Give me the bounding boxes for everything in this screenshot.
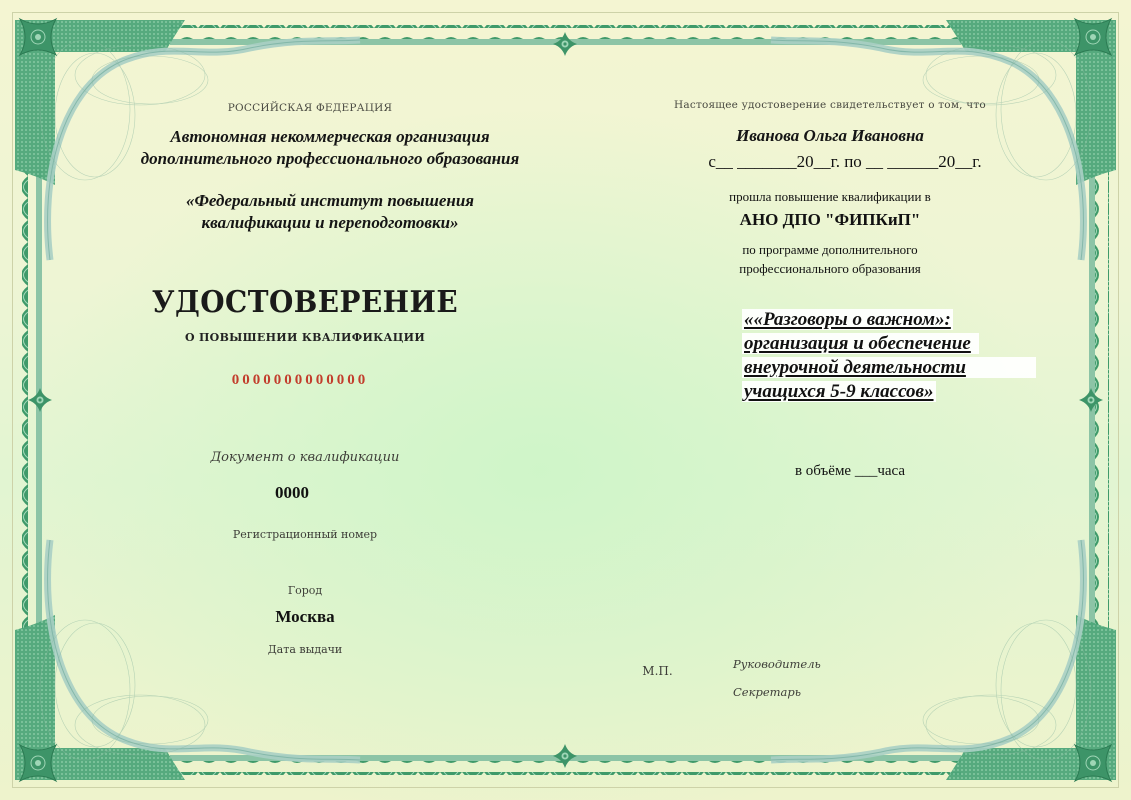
secretary-signature-label: Секретарь [733,685,823,699]
completed-training-text: прошла повышение квалификации в [680,189,980,205]
program-title: ««Разговоры о важном»: организация и обе… [742,308,1062,404]
director-signature-label: Руководитель [733,657,823,671]
program-title-line-3: внеурочной деятельности [742,357,1036,378]
certificate-subtitle: О ПОВЫШЕНИИ КВАЛИФИКАЦИИ [150,331,460,344]
qualification-document-label: Документ о квалификации [155,450,455,465]
city-value: Москва [225,607,385,627]
serial-number: 0000000000000 [150,372,450,389]
program-title-line-4: учащихся 5-9 классов» [742,381,936,402]
certificate-title: УДОСТОВЕРЕНИЕ [142,285,468,320]
program-title-line-2: организация и обеспечение [742,333,979,354]
institution-short-name: АНО ДПО "ФИПКиП" [680,210,980,230]
institute-name-line-1: «Федеральный институт повышения [80,190,580,212]
certificate-intro: Настоящее удостоверение свидетельствует … [620,99,1040,111]
stamp-place-label: М.П. [630,664,685,678]
organization-name-line-1: Автономная некоммерческая организация [80,126,580,148]
program-intro-line-2: профессионального образования [680,261,980,277]
certificate-page: РОССИЙСКАЯ ФЕДЕРАЦИЯ Автономная некоммер… [0,0,1131,800]
issue-date-label: Дата выдачи [225,643,385,656]
hours-volume: в объёме ___часа [720,463,980,480]
training-period: с__ _______20__г. по __ ______20__г. [660,152,1030,172]
country-label: РОССИЙСКАЯ ФЕДЕРАЦИЯ [160,102,460,114]
city-label: Город [255,584,355,597]
institute-name-line-2: квалификации и переподготовки» [80,212,580,234]
registration-number-label: Регистрационный номер [155,528,455,541]
program-title-line-1: ««Разговоры о важном»: [742,309,953,330]
registration-number-value: 0000 [242,483,342,503]
organization-name-line-2: дополнительного профессионального образо… [80,148,580,170]
program-intro-line-1: по программе дополнительного [680,242,980,258]
recipient-full-name: Иванова Ольга Ивановна [680,125,980,147]
